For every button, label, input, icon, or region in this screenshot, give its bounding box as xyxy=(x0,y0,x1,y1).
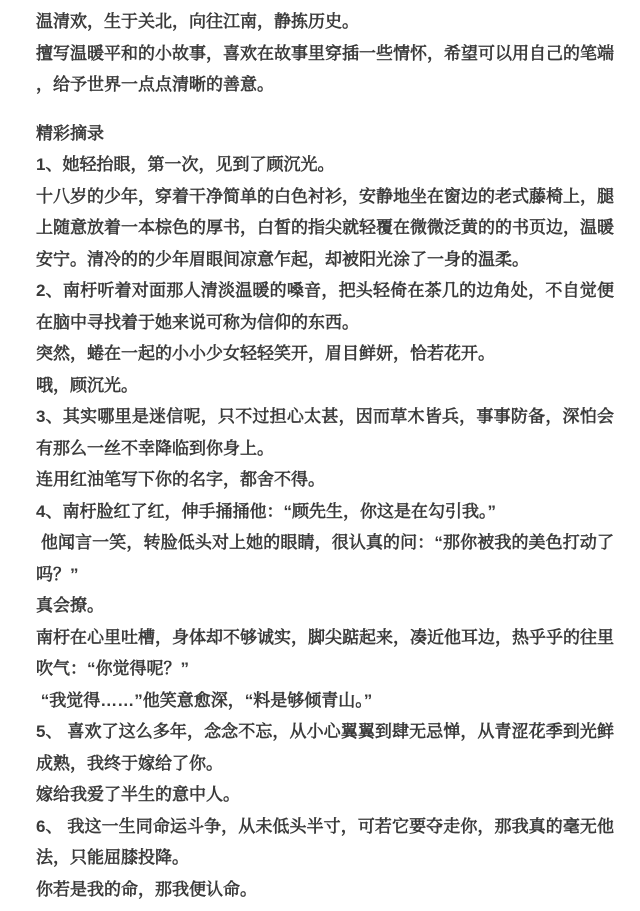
excerpt-4-line-4: 南杅在心里吐槽，身体却不够诚实，脚尖踮起来，凑近他耳边，热乎乎的往里吹气：“你觉… xyxy=(36,622,614,685)
document-page: 温清欢，生于关北，向往江南，静拣历史。擅写温暖平和的小故事，喜欢在故事里穿插一些… xyxy=(0,0,640,911)
excerpt-2-line-1: 2、南杅听着对面那人清淡温暖的嗓音，把头轻倚在茶几的边角处，不自觉便在脑中寻找着… xyxy=(36,275,614,338)
excerpt-2-line-2: 突然，蜷在一起的小小少女轻轻笑开，眉目鲜妍，恰若花开。 xyxy=(36,338,614,370)
excerpt-5-line-1: 5、 喜欢了这么多年，念念不忘，从小心翼翼到肆无忌惮，从青涩花季到光鲜成熟，我终… xyxy=(36,716,614,779)
excerpt-1-line-1: 1、她轻抬眼，第一次，见到了顾沉光。 xyxy=(36,149,614,181)
excerpt-4-line-1: 4、南杅脸红了红，伸手捅捅他：“顾先生，你这是在勾引我。” xyxy=(36,496,614,528)
excerpt-5-line-2: 嫁给我爱了半生的意中人。 xyxy=(36,779,614,811)
author-bio-line-2: 擅写温暖平和的小故事，喜欢在故事里穿插一些情怀，希望可以用自己的笔端，给予世界一… xyxy=(36,38,614,101)
excerpt-4-line-3: 真会撩。 xyxy=(36,590,614,622)
excerpt-4-line-2: 他闻言一笑，转脸低头对上她的眼睛，很认真的问：“那你被我的美色打动了吗？” xyxy=(36,527,614,590)
excerpt-2-line-3: 哦，顾沉光。 xyxy=(36,370,614,402)
excerpt-section-heading: 精彩摘录 xyxy=(36,118,614,150)
section-gap xyxy=(36,101,614,118)
excerpt-1-line-2: 十八岁的少年，穿着干净简单的白色衬衫，安静地坐在窗边的老式藤椅上，腿上随意放着一… xyxy=(36,181,614,276)
excerpt-3-line-2: 连用红油笔写下你的名字，都舍不得。 xyxy=(36,464,614,496)
excerpt-6-line-1: 6、 我这一生同命运斗争，从未低头半寸，可若它要夺走你，那我真的毫无他法，只能屈… xyxy=(36,811,614,874)
excerpt-4-line-5: “我觉得……”他笑意愈深，“料是够倾青山。” xyxy=(36,685,614,717)
excerpt-3-line-1: 3、其实哪里是迷信呢，只不过担心太甚，因而草木皆兵，事事防备，深怕会有那么一丝不… xyxy=(36,401,614,464)
excerpt-6-line-2: 你若是我的命，那我便认命。 xyxy=(36,874,614,906)
document-body: 温清欢，生于关北，向往江南，静拣历史。擅写温暖平和的小故事，喜欢在故事里穿插一些… xyxy=(36,6,614,905)
author-bio-line-1: 温清欢，生于关北，向往江南，静拣历史。 xyxy=(36,6,614,38)
